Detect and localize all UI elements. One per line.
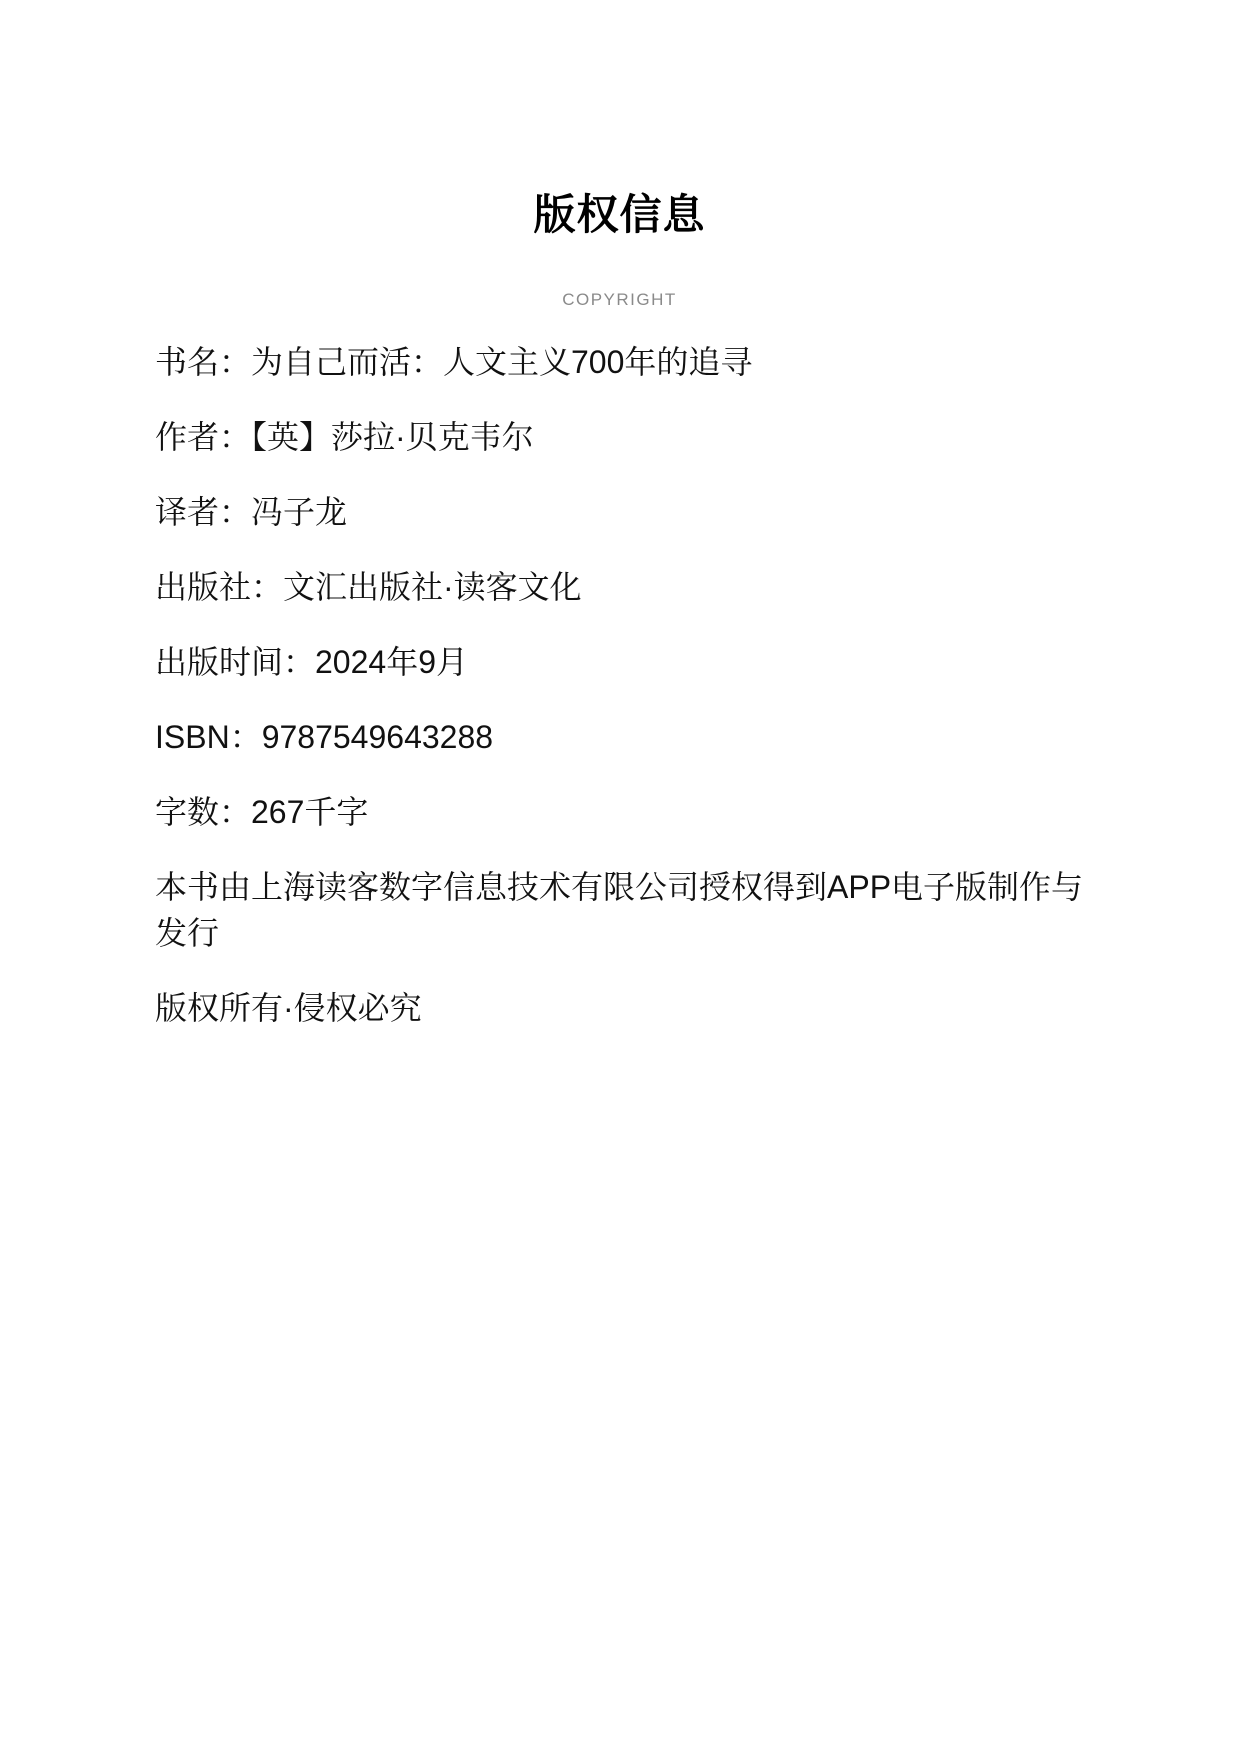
rights-notice: 版权所有·侵权必究 [155, 985, 1084, 1031]
publisher-line: 出版社：文汇出版社·读客文化 [155, 564, 1084, 610]
author-line: 作者：【英】莎拉·贝克韦尔 [155, 414, 1084, 460]
ebook-copyright-page: 版权信息 COPYRIGHT 书名：为自己而活：人文主义700年的追寻 作者：【… [0, 0, 1239, 1752]
translator-line: 译者：冯子龙 [155, 489, 1084, 535]
copyright-info-block: 书名：为自己而活：人文主义700年的追寻 作者：【英】莎拉·贝克韦尔 译者：冯子… [0, 339, 1239, 1031]
license-note: 本书由上海读客数字信息技术有限公司授权得到APP电子版制作与发行 [155, 864, 1084, 956]
publish-date-line: 出版时间：2024年9月 [155, 639, 1084, 685]
page-title: 版权信息 [0, 192, 1239, 238]
page-subtitle: COPYRIGHT [0, 290, 1239, 310]
word-count-line: 字数：267千字 [155, 789, 1084, 835]
isbn-line: ISBN：9787549643288 [155, 714, 1084, 760]
book-title-line: 书名：为自己而活：人文主义700年的追寻 [155, 339, 1084, 385]
